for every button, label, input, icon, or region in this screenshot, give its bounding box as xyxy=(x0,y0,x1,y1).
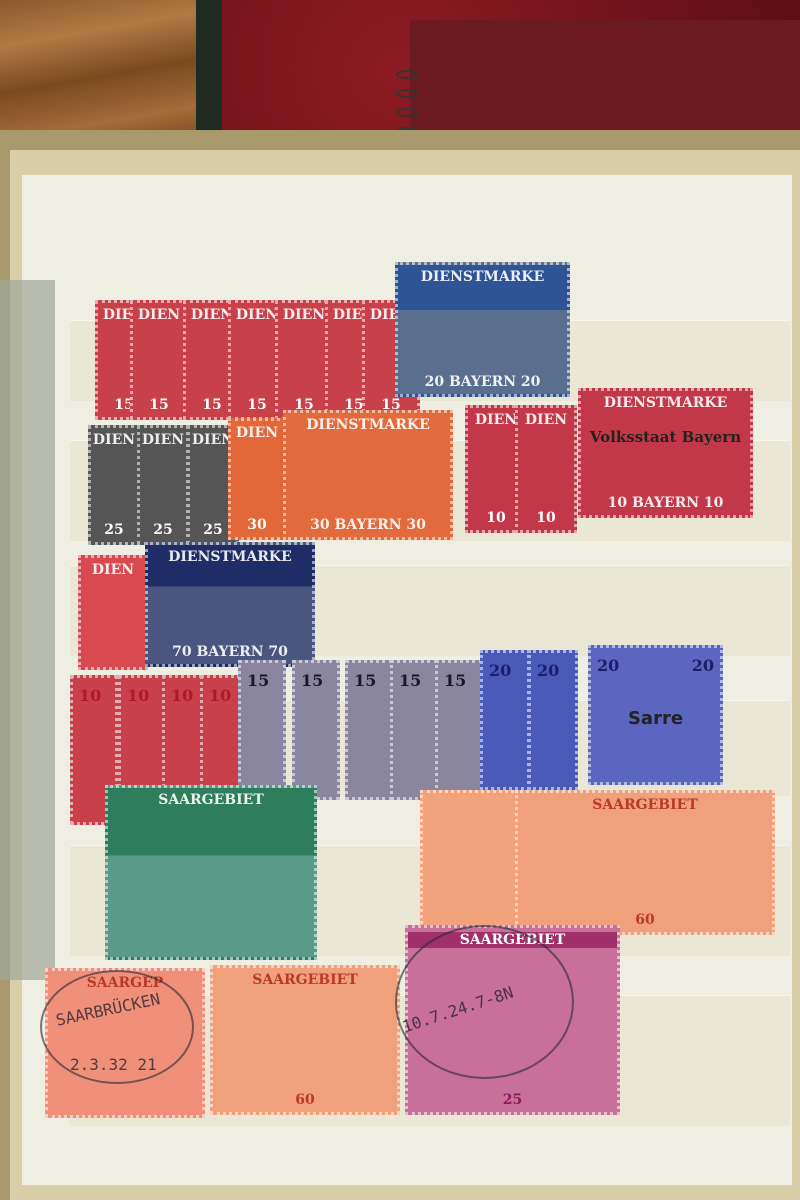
stamp-header: DIEN xyxy=(133,307,185,323)
stamp-saargebiet-green[interactable]: SAARGEBIET xyxy=(105,785,317,960)
stamp-narrow[interactable]: 15 xyxy=(435,660,483,800)
stamp-bayern-dienstmarke-70[interactable]: DIENSTMARKE 70 BAYERN 70 xyxy=(145,542,315,667)
stamp-value: 10 xyxy=(127,686,149,705)
stamp-sarre-20-germania[interactable]: 20 20 Sarre xyxy=(588,645,723,785)
stamp-value: 30 xyxy=(231,517,283,533)
adjacent-page-stamps xyxy=(0,280,55,980)
stamp-value: 15 xyxy=(133,397,185,413)
stamp-value: 15 xyxy=(247,671,269,690)
stamp-header: DIEN xyxy=(518,412,574,428)
stamp-narrow[interactable]: DIEN10 xyxy=(515,405,577,533)
stamp-saargebiet-60-partial[interactable] xyxy=(420,790,520,930)
stamp-value: 15 xyxy=(444,671,466,690)
stamp-bayern-dien-15[interactable]: DIEN xyxy=(78,555,148,670)
stamp-value: 15 xyxy=(354,671,376,690)
stamp-header: DIENSTMARKE xyxy=(148,549,312,565)
stamp-value: 25 xyxy=(140,522,186,538)
stamp-narrow[interactable]: 20 xyxy=(528,650,578,790)
stamp-value: 10 xyxy=(209,686,231,705)
stamp-narrow[interactable]: 15 xyxy=(345,660,393,800)
stamp-bayern-dienstmarke-30[interactable]: DIENSTMARKE 30 BAYERN 30 xyxy=(283,410,453,540)
stamp-header: DIEN xyxy=(278,307,330,323)
stamp-header: DIEN xyxy=(140,432,186,448)
stamp-narrow[interactable]: DIEN25 xyxy=(88,425,140,545)
stamp-header: SAARGEBIET xyxy=(213,972,397,988)
stamp-value: 60 xyxy=(213,1092,397,1108)
stamp-value: 10 xyxy=(171,686,193,705)
stamp-footer: 30 BAYERN 30 xyxy=(286,517,450,533)
stamp-value: 20 xyxy=(537,661,559,680)
stamp-footer: 20 BAYERN 20 xyxy=(398,374,567,390)
stamp-saargebiet-60-b[interactable]: SAARGEBIET 60 xyxy=(210,965,400,1115)
stamp-footer: 70 BAYERN 70 xyxy=(148,644,312,660)
postmark-date: 2.3.32 21 xyxy=(70,1055,157,1074)
stamp-header: DIEN xyxy=(81,562,145,578)
stamp-narrow[interactable]: DIEN25 xyxy=(137,425,189,545)
stamp-header: DIENSTMARKE xyxy=(398,269,567,285)
stamp-overprint: Volksstaat Bayern xyxy=(581,428,750,446)
stamp-header: DIEN xyxy=(231,425,283,441)
stamp-value: 20 xyxy=(692,656,714,675)
stamp-header: SAARGEBIET xyxy=(108,792,314,808)
stamp-header: SAARGEBIET xyxy=(518,797,772,813)
stamp-narrow[interactable]: DIEN15 xyxy=(130,300,188,420)
stamp-value: 10 xyxy=(518,510,574,526)
stamp-narrow[interactable]: DIEN30 xyxy=(228,418,286,540)
stamp-saargebiet-60[interactable]: SAARGEBIET 60 xyxy=(515,790,775,935)
stamp-header: DIENSTMARKE xyxy=(581,395,750,411)
stamp-bayern-dienstmarke-10-overprint[interactable]: DIENSTMARKE Volksstaat Bayern 10 BAYERN … xyxy=(578,388,753,518)
stamp-value: 25 xyxy=(91,522,137,538)
stamp-narrow[interactable]: 15 xyxy=(390,660,438,800)
stamp-value: 10 xyxy=(79,686,101,705)
stamp-overprint: Sarre xyxy=(591,708,720,729)
stamp-value: 20 xyxy=(597,656,619,675)
stamp-value: 25 xyxy=(408,1092,617,1108)
stamp-narrow[interactable]: 15 xyxy=(238,660,286,800)
stamp-bayern-dienstmarke-20[interactable]: DIENSTMARKE 20 BAYERN 20 xyxy=(395,262,570,397)
stamp-narrow[interactable]: 20 xyxy=(480,650,530,790)
stamp-header: DIENSTMARKE xyxy=(286,417,450,433)
stamp-header: DIEN xyxy=(91,432,137,448)
stamp-value: 15 xyxy=(301,671,323,690)
stamp-narrow[interactable]: 15 xyxy=(292,660,340,800)
stamp-value: 20 xyxy=(489,661,511,680)
stamp-value: 15 xyxy=(399,671,421,690)
stamp-footer: 10 BAYERN 10 xyxy=(581,495,750,511)
